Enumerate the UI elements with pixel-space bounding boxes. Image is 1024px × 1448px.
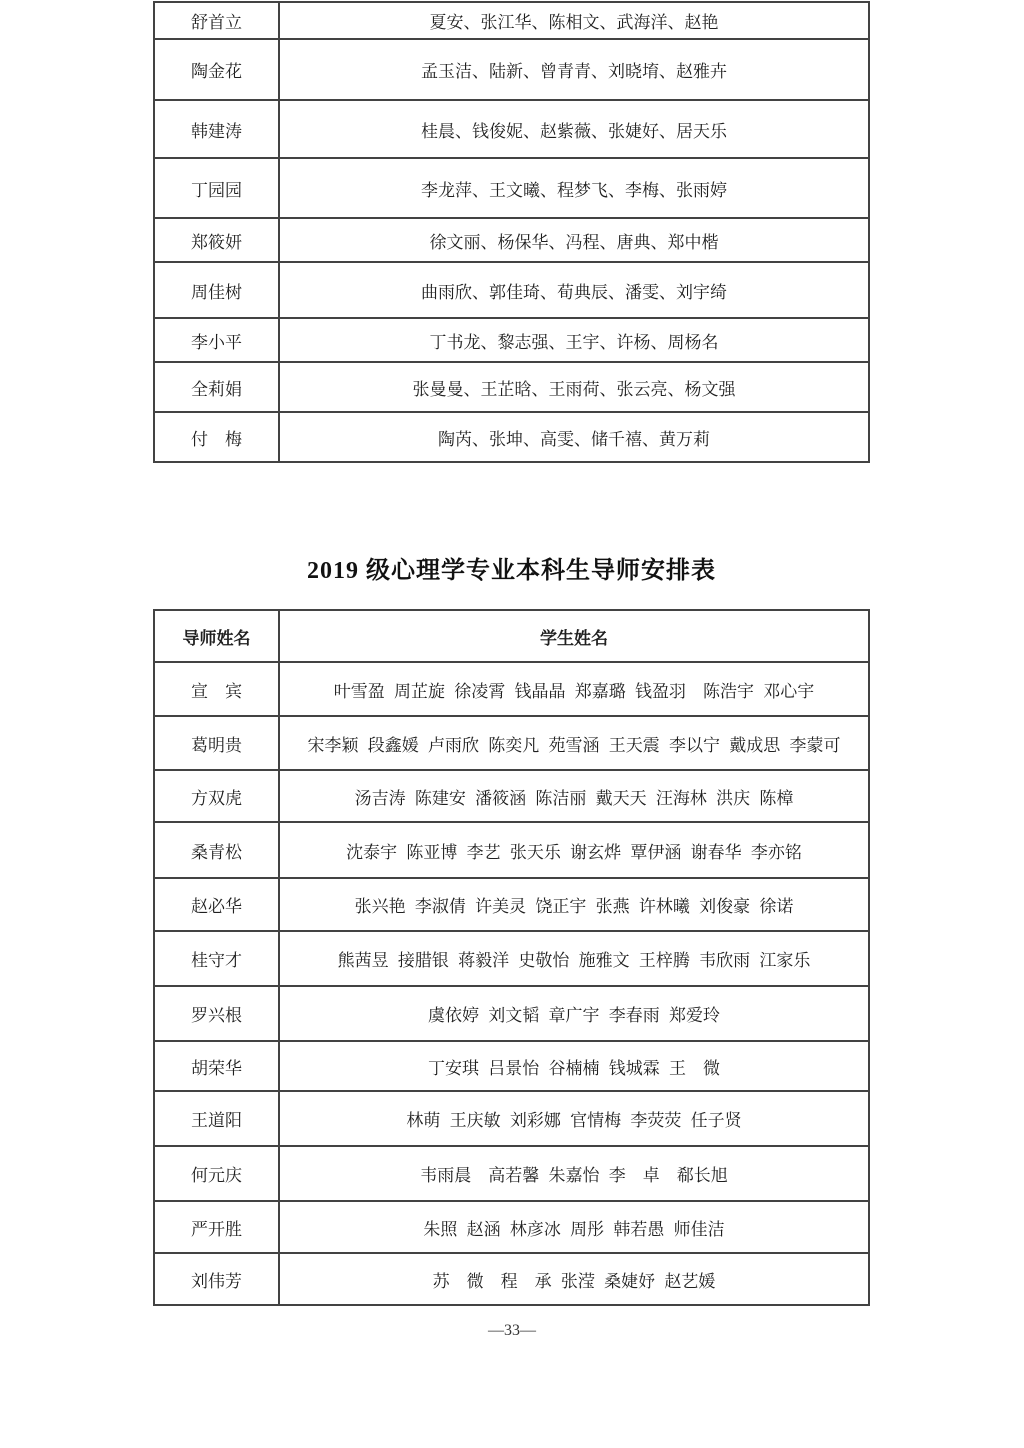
student-names-cell: 张曼曼、王芷晗、王雨荷、张云亮、杨文强 bbox=[279, 362, 869, 412]
table-title: 2019 级心理学专业本科生导师安排表 bbox=[153, 555, 870, 587]
table-row: 桑青松沈泰宇 陈亚博 李艺 张天乐 谢玄烨 覃伊涵 谢春华 李亦铭 bbox=[154, 822, 869, 878]
student-names-cell: 林萌 王庆敏 刘彩娜 官情梅 李荧荧 任子贤 bbox=[279, 1091, 869, 1146]
table-row: 舒首立夏安、张江华、陈相文、武海洋、赵艳 bbox=[154, 2, 869, 39]
page-content: 舒首立夏安、张江华、陈相文、武海洋、赵艳陶金花孟玉洁、陆新、曾青青、刘晓堉、赵雅… bbox=[153, 0, 870, 1306]
student-names-cell: 陶芮、张坤、高雯、储千禧、黄万莉 bbox=[279, 412, 869, 462]
teacher-name-cell: 郑筱妍 bbox=[154, 218, 279, 262]
student-names-cell: 叶雪盈 周芷旋 徐凌霄 钱晶晶 郑嘉璐 钱盈羽 陈浩宇 邓心宇 bbox=[279, 662, 869, 716]
student-names-cell: 韦雨晨 高若馨 朱嘉怡 李 卓 郗长旭 bbox=[279, 1146, 869, 1201]
teacher-name-cell: 王道阳 bbox=[154, 1091, 279, 1146]
table-row: 胡荣华丁安琪 吕景怡 谷楠楠 钱城霖 王 微 bbox=[154, 1041, 869, 1091]
student-names-cell: 孟玉洁、陆新、曾青青、刘晓堉、赵雅卉 bbox=[279, 39, 869, 100]
teacher-name-cell: 方双虎 bbox=[154, 770, 279, 822]
table-row: 韩建涛桂晨、钱俊妮、赵紫薇、张婕好、居天乐 bbox=[154, 100, 869, 158]
teacher-name-cell: 刘伟芳 bbox=[154, 1253, 279, 1305]
student-names-cell: 沈泰宇 陈亚博 李艺 张天乐 谢玄烨 覃伊涵 谢春华 李亦铭 bbox=[279, 822, 869, 878]
header-student-name: 学生姓名 bbox=[279, 610, 869, 662]
student-names-cell: 张兴艳 李淑倩 许美灵 饶正宇 张燕 许林曦 刘俊豪 徐诺 bbox=[279, 878, 869, 931]
table-row: 严开胜朱照 赵涵 林彦冰 周彤 韩若愚 师佳洁 bbox=[154, 1201, 869, 1253]
mentor-table-2019: 导师姓名 学生姓名 宣 宾叶雪盈 周芷旋 徐凌霄 钱晶晶 郑嘉璐 钱盈羽 陈浩宇… bbox=[153, 609, 870, 1306]
table-row: 方双虎汤吉涛 陈建安 潘筱涵 陈洁丽 戴天天 汪海林 洪庆 陈樟 bbox=[154, 770, 869, 822]
teacher-name-cell: 丁园园 bbox=[154, 158, 279, 218]
table-row: 郑筱妍徐文丽、杨保华、冯程、唐典、郑中楷 bbox=[154, 218, 869, 262]
teacher-name-cell: 陶金花 bbox=[154, 39, 279, 100]
student-names-cell: 曲雨欣、郭佳琦、荀典辰、潘雯、刘宇绮 bbox=[279, 262, 869, 318]
table-row: 李小平丁书龙、黎志强、王宇、许杨、周杨名 bbox=[154, 318, 869, 362]
table-header-row: 导师姓名 学生姓名 bbox=[154, 610, 869, 662]
table-row: 葛明贵宋李颖 段鑫媛 卢雨欣 陈奕凡 苑雪涵 王天震 李以宁 戴成思 李蒙可 bbox=[154, 716, 869, 770]
teacher-name-cell: 胡荣华 bbox=[154, 1041, 279, 1091]
table-row: 桂守才熊茜昱 接腊银 蒋毅洋 史敬怡 施雅文 王梓腾 韦欣雨 江家乐 bbox=[154, 931, 869, 986]
teacher-name-cell: 李小平 bbox=[154, 318, 279, 362]
table-row: 何元庆韦雨晨 高若馨 朱嘉怡 李 卓 郗长旭 bbox=[154, 1146, 869, 1201]
teacher-name-cell: 何元庆 bbox=[154, 1146, 279, 1201]
teacher-name-cell: 付 梅 bbox=[154, 412, 279, 462]
table-row: 全莉娟张曼曼、王芷晗、王雨荷、张云亮、杨文强 bbox=[154, 362, 869, 412]
table-row: 赵必华张兴艳 李淑倩 许美灵 饶正宇 张燕 许林曦 刘俊豪 徐诺 bbox=[154, 878, 869, 931]
document-page: 舒首立夏安、张江华、陈相文、武海洋、赵艳陶金花孟玉洁、陆新、曾青青、刘晓堉、赵雅… bbox=[0, 0, 1024, 1448]
teacher-name-cell: 罗兴根 bbox=[154, 986, 279, 1041]
table-row: 刘伟芳苏 微 程 承 张滢 桑婕妤 赵艺媛 bbox=[154, 1253, 869, 1305]
student-names-cell: 汤吉涛 陈建安 潘筱涵 陈洁丽 戴天天 汪海林 洪庆 陈樟 bbox=[279, 770, 869, 822]
teacher-name-cell: 桑青松 bbox=[154, 822, 279, 878]
teacher-name-cell: 葛明贵 bbox=[154, 716, 279, 770]
student-names-cell: 虞依婷 刘文韬 章广宇 李春雨 郑爱玲 bbox=[279, 986, 869, 1041]
student-names-cell: 朱照 赵涵 林彦冰 周彤 韩若愚 师佳洁 bbox=[279, 1201, 869, 1253]
table-row: 王道阳林萌 王庆敏 刘彩娜 官情梅 李荧荧 任子贤 bbox=[154, 1091, 869, 1146]
teacher-name-cell: 舒首立 bbox=[154, 2, 279, 39]
mentor-table-continued: 舒首立夏安、张江华、陈相文、武海洋、赵艳陶金花孟玉洁、陆新、曾青青、刘晓堉、赵雅… bbox=[153, 1, 870, 463]
teacher-name-cell: 赵必华 bbox=[154, 878, 279, 931]
teacher-name-cell: 严开胜 bbox=[154, 1201, 279, 1253]
teacher-name-cell: 全莉娟 bbox=[154, 362, 279, 412]
student-names-cell: 夏安、张江华、陈相文、武海洋、赵艳 bbox=[279, 2, 869, 39]
table-row: 周佳树曲雨欣、郭佳琦、荀典辰、潘雯、刘宇绮 bbox=[154, 262, 869, 318]
student-names-cell: 桂晨、钱俊妮、赵紫薇、张婕好、居天乐 bbox=[279, 100, 869, 158]
student-names-cell: 徐文丽、杨保华、冯程、唐典、郑中楷 bbox=[279, 218, 869, 262]
teacher-name-cell: 桂守才 bbox=[154, 931, 279, 986]
student-names-cell: 苏 微 程 承 张滢 桑婕妤 赵艺媛 bbox=[279, 1253, 869, 1305]
table-row: 陶金花孟玉洁、陆新、曾青青、刘晓堉、赵雅卉 bbox=[154, 39, 869, 100]
student-names-cell: 丁书龙、黎志强、王宇、许杨、周杨名 bbox=[279, 318, 869, 362]
table-row: 丁园园李龙萍、王文曦、程梦飞、李梅、张雨婷 bbox=[154, 158, 869, 218]
student-names-cell: 熊茜昱 接腊银 蒋毅洋 史敬怡 施雅文 王梓腾 韦欣雨 江家乐 bbox=[279, 931, 869, 986]
teacher-name-cell: 周佳树 bbox=[154, 262, 279, 318]
header-teacher-name: 导师姓名 bbox=[154, 610, 279, 662]
teacher-name-cell: 韩建涛 bbox=[154, 100, 279, 158]
student-names-cell: 宋李颖 段鑫媛 卢雨欣 陈奕凡 苑雪涵 王天震 李以宁 戴成思 李蒙可 bbox=[279, 716, 869, 770]
page-number: —33— bbox=[0, 1322, 1024, 1340]
student-names-cell: 丁安琪 吕景怡 谷楠楠 钱城霖 王 微 bbox=[279, 1041, 869, 1091]
table-row: 罗兴根虞依婷 刘文韬 章广宇 李春雨 郑爱玲 bbox=[154, 986, 869, 1041]
teacher-name-cell: 宣 宾 bbox=[154, 662, 279, 716]
table-row: 付 梅陶芮、张坤、高雯、储千禧、黄万莉 bbox=[154, 412, 869, 462]
student-names-cell: 李龙萍、王文曦、程梦飞、李梅、张雨婷 bbox=[279, 158, 869, 218]
table-row: 宣 宾叶雪盈 周芷旋 徐凌霄 钱晶晶 郑嘉璐 钱盈羽 陈浩宇 邓心宇 bbox=[154, 662, 869, 716]
